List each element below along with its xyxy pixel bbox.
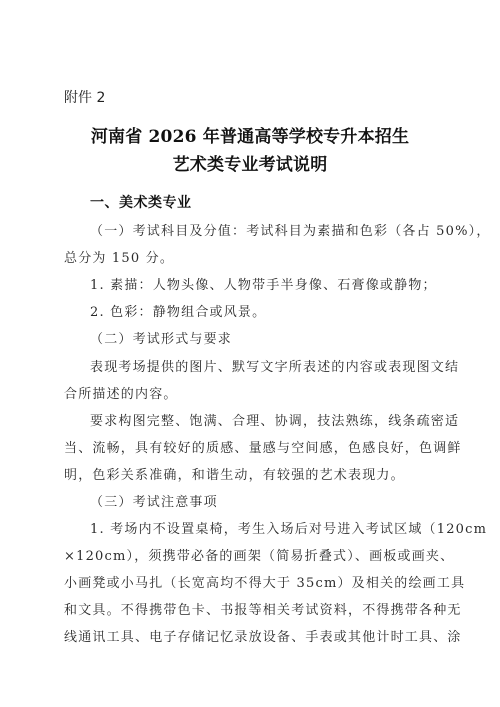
paragraph-line: 线通讯工具、电子存储记忆录放设备、手表或其他计时工具、涂 — [64, 626, 462, 645]
paragraph-line: 要求构图完整、饱满、合理、协调，技法熟练，线条疏密适 — [90, 410, 459, 429]
subsection-heading: （二）考试形式与要求 — [90, 328, 232, 347]
document-page: 附件 2 河南省 2026 年普通高等学校专升本招生 艺术类专业考试说明 一、美… — [0, 0, 500, 707]
paragraph-line: 当、流畅，具有较好的质感、量感与空间感，色感良好，色调鲜 — [64, 437, 462, 456]
document-title-line1: 河南省 2026 年普通高等学校专升本招生 — [0, 122, 500, 147]
paragraph-line: 总分为 150 分。 — [64, 247, 174, 266]
subsection-heading: （三）考试注意事项 — [90, 491, 218, 510]
attachment-label: 附件 2 — [64, 87, 105, 107]
paragraph-line: ×120cm），须携带必备的画架（简易折叠式）、画板或画夹、 — [64, 545, 454, 564]
paragraph-line: 和文具。不得携带色卡、书报等相关考试资料，不得携带各种无 — [64, 599, 462, 618]
paragraph-line: 合所描述的内容。 — [64, 383, 178, 402]
paragraph-line: 表现考场提供的图片、默写文字所表述的内容或表现图文结 — [90, 356, 459, 375]
paragraph-line: 小画凳或小马扎（长宽高均不得大于 35cm）及相关的绘画工具 — [64, 572, 465, 591]
paragraph-line: 1. 考场内不设置桌椅，考生入场后对号进入考试区域（120cm — [90, 518, 487, 537]
section-heading-art: 一、美术类专业 — [90, 192, 192, 212]
paragraph-line: 1. 素描：人物头像、人物带手半身像、石膏像或静物； — [90, 274, 437, 293]
paragraph-line: 明，色彩关系准确，和谐生动，有较强的艺术表现力。 — [64, 464, 405, 483]
document-title-line2: 艺术类专业考试说明 — [0, 150, 500, 175]
paragraph-line: （一）考试科目及分值：考试科目为素描和色彩（各占 50%）， — [90, 220, 491, 239]
paragraph-line: 2. 色彩：静物组合或风景。 — [90, 301, 266, 320]
